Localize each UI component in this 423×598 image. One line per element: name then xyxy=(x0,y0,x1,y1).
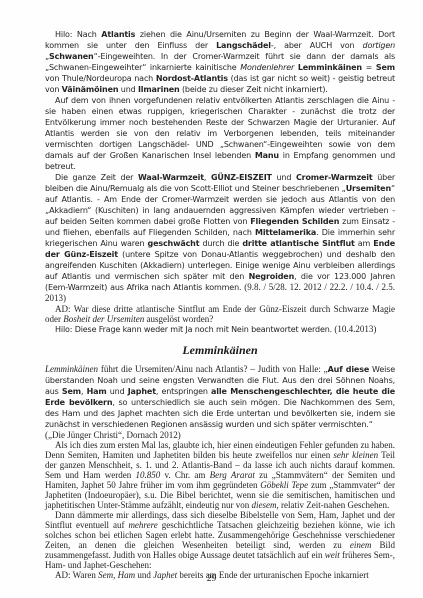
text-segment: , entspringen xyxy=(156,387,211,396)
text-segment: Mondenlehrer xyxy=(240,63,294,72)
paragraph: Als ich dies zum ersten Mal las, glaubte… xyxy=(45,440,395,510)
text-segment: Auf diese xyxy=(328,365,369,374)
text-segment: = xyxy=(362,63,376,72)
text-segment: Sem xyxy=(376,63,395,72)
text-segment: Ilmarinen xyxy=(138,85,180,94)
text-segment: Sem xyxy=(62,387,81,396)
text-segment: Berg Ararat xyxy=(210,470,255,480)
text-segment: Die ganze Zeit der xyxy=(55,173,138,182)
text-segment: , relativ Zeit-nahen Geschehen. xyxy=(277,500,390,510)
text-segment: Hilo: Diese Frage kann weder mit Ja noch… xyxy=(55,325,334,334)
text-segment: ausgelöst worden? xyxy=(144,314,213,324)
text-segment: Ursemiten xyxy=(346,184,391,193)
text-segment: mehrere xyxy=(128,520,157,530)
text-segment: geschwächt xyxy=(148,239,200,248)
text-segment: Negroiden xyxy=(249,272,295,281)
text-segment: Schwanen xyxy=(49,52,94,61)
text-segment: („Die Jünger Christi“, Dornach 2012) xyxy=(45,430,181,440)
text-segment: Hilo: Nach xyxy=(55,30,101,39)
section-heading: Lemminkäinen xyxy=(45,343,395,358)
text-segment: Atlantis xyxy=(101,30,135,39)
text-segment: Ham xyxy=(87,387,107,396)
text-segment: GÜNZ-EISZEIT xyxy=(211,173,272,182)
text-segment: Manu xyxy=(255,151,279,160)
text-segment: und xyxy=(272,173,296,182)
paragraph: Auf dem von ihnen vorgefundenen relativ … xyxy=(45,95,395,172)
text-segment: Lemminkäinen xyxy=(45,364,98,374)
paragraph: Hilo: Nach Atlantis ziehen die Ainu/Urse… xyxy=(45,29,395,95)
text-segment: einem xyxy=(350,540,372,550)
text-segment: führt die Ursemiten/Ainu nach Atlantis? … xyxy=(98,364,328,374)
text-segment: 10.850 xyxy=(135,470,160,480)
text-segment: am xyxy=(355,239,374,248)
text-segment: Waal-Warmzeit xyxy=(138,173,204,182)
paragraph: Die ganze Zeit der Waal-Warmzeit, GÜNZ-E… xyxy=(45,172,395,304)
paragraph: Hilo: Diese Frage kann weder mit Ja noch… xyxy=(45,324,395,335)
page-number: 29 xyxy=(0,574,423,584)
text-segment: Langschädel xyxy=(216,41,271,50)
text-segment: , xyxy=(204,173,211,182)
document-page: Hilo: Nach Atlantis ziehen die Ainu/Urse… xyxy=(0,0,423,598)
text-segment: diesem xyxy=(252,500,277,510)
text-segment: dortigen xyxy=(363,41,396,50)
paragraph: Lemminkäinen führt die Ursemiten/Ainu na… xyxy=(45,364,395,430)
text-segment: Fliegenden Schilden xyxy=(250,217,339,226)
text-segment: von Thule/Nordeuropa nach xyxy=(45,74,156,83)
text-segment: Nordost-Atlantis xyxy=(156,74,228,83)
text-segment: und xyxy=(118,85,138,94)
paragraph: Dann dämmerte mir allerdings, dass sich … xyxy=(45,510,395,570)
text-segment: (10.4.2013) xyxy=(334,324,376,334)
text-segment: v. Chr. am xyxy=(160,470,209,480)
text-segment: Bosheit der Ursemiten xyxy=(63,314,144,324)
text-segment: Lemminkäinen xyxy=(298,63,362,72)
paragraph: („Die Jünger Christi“, Dornach 2012) xyxy=(45,430,395,440)
text-segment: -, aber AUCH von xyxy=(271,41,363,50)
text-segment: weit xyxy=(325,550,340,560)
text-segment: sehr kleinen xyxy=(333,450,378,460)
paragraph: AD: War diese dritte atlantische Sintflu… xyxy=(45,304,395,324)
text-segment: Väinämöinen xyxy=(62,85,119,94)
text-segment: Göbekli Tepe xyxy=(260,480,308,490)
text-segment: durch die xyxy=(199,239,242,248)
text-segment: Japhet xyxy=(128,387,156,396)
page-body: Hilo: Nach Atlantis ziehen die Ainu/Urse… xyxy=(45,29,395,580)
text-segment: und xyxy=(107,387,128,396)
text-segment: Mittelamerika xyxy=(255,228,316,237)
text-segment: Cromer-Warmzeit xyxy=(296,173,373,182)
text-segment: (beide zu dieser Zeit nicht inkarniert). xyxy=(180,85,328,94)
text-segment: dritte atlantische Sintflut xyxy=(242,239,354,248)
